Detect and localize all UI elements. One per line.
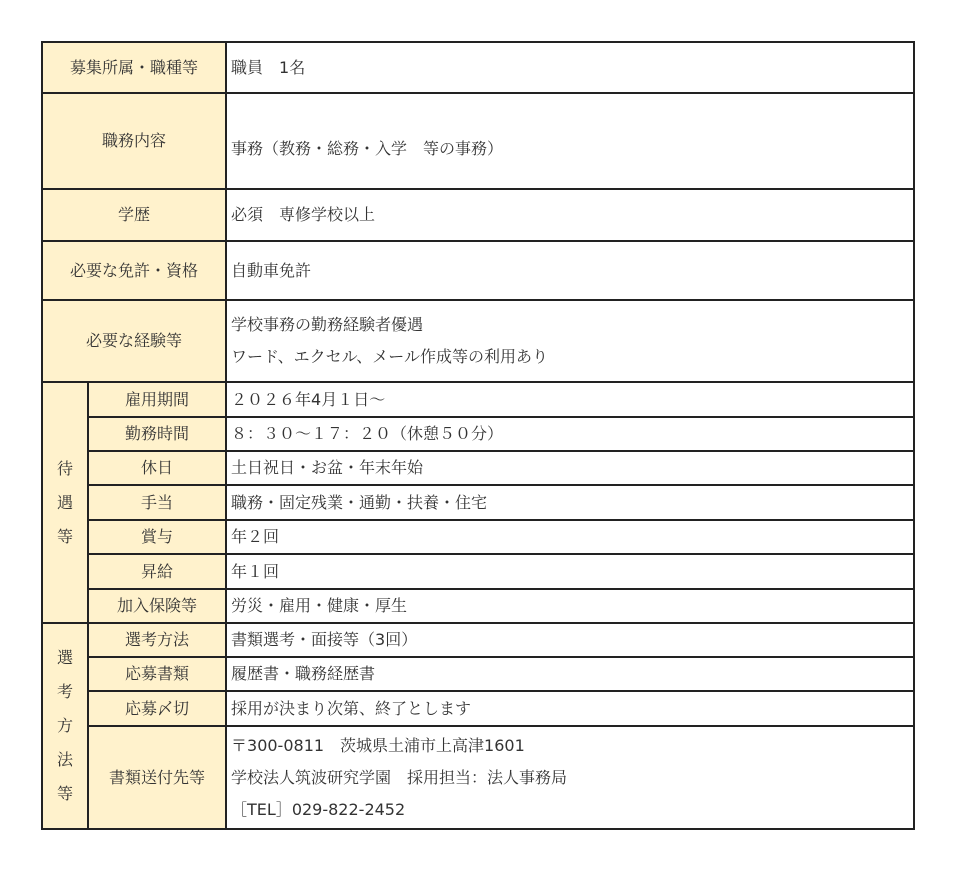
value-application-deadline: 採用が決まり次第、終了とします bbox=[226, 691, 914, 726]
group-selection-char: 法 bbox=[57, 743, 73, 777]
label-raise: 昇給 bbox=[88, 554, 226, 589]
value-insurance: 労災・雇用・健康・厚生 bbox=[226, 589, 914, 623]
label-experience: 必要な経験等 bbox=[42, 300, 226, 382]
group-selection: 選 考 方 法 等 bbox=[42, 623, 88, 829]
value-education: 必須 専修学校以上 bbox=[226, 189, 914, 241]
value-position: 職員 1名 bbox=[226, 42, 914, 93]
group-selection-char: 等 bbox=[57, 777, 73, 811]
row-treatment-3: 手当 職務・固定残業・通勤・扶養・住宅 bbox=[42, 485, 914, 520]
row-selection-1: 応募書類 履歴書・職務経歴書 bbox=[42, 657, 914, 691]
address-line-3: ［TEL］029-822-2452 bbox=[231, 794, 909, 826]
row-duties: 職務内容 事務（教務・総務・入学 等の事務） bbox=[42, 93, 914, 189]
address-line-1: 〒300-0811 茨城県土浦市上高津1601 bbox=[231, 730, 909, 762]
group-treatment-char: 等 bbox=[57, 520, 73, 554]
label-allowances: 手当 bbox=[88, 485, 226, 520]
row-treatment-1: 勤務時間 ８：３０～１７：２０（休憩５０分） bbox=[42, 417, 914, 451]
experience-line-2: ワード、エクセル、メール作成等の利用あり bbox=[231, 341, 909, 373]
row-experience: 必要な経験等 学校事務の勤務経験者優遇 ワード、エクセル、メール作成等の利用あり bbox=[42, 300, 914, 382]
row-treatment-4: 賞与 年２回 bbox=[42, 520, 914, 554]
label-position: 募集所属・職種等 bbox=[42, 42, 226, 93]
group-selection-char: 方 bbox=[57, 709, 73, 743]
value-allowances: 職務・固定残業・通勤・扶養・住宅 bbox=[226, 485, 914, 520]
row-selection-0: 選 考 方 法 等 選考方法 書類選考・面接等（3回） bbox=[42, 623, 914, 657]
row-selection-2: 応募〆切 採用が決まり次第、終了とします bbox=[42, 691, 914, 726]
value-holidays: 土日祝日・お盆・年末年始 bbox=[226, 451, 914, 485]
experience-line-1: 学校事務の勤務経験者優遇 bbox=[231, 309, 909, 341]
value-raise: 年１回 bbox=[226, 554, 914, 589]
label-employment-period: 雇用期間 bbox=[88, 382, 226, 417]
row-treatment-0: 待 遇 等 雇用期間 ２０２６年4月１日～ bbox=[42, 382, 914, 417]
value-application-documents: 履歴書・職務経歴書 bbox=[226, 657, 914, 691]
label-duties: 職務内容 bbox=[42, 93, 226, 189]
label-application-documents: 応募書類 bbox=[88, 657, 226, 691]
row-position: 募集所属・職種等 職員 1名 bbox=[42, 42, 914, 93]
row-selection-address: 書類送付先等 〒300-0811 茨城県土浦市上高津1601 学校法人筑波研究学… bbox=[42, 726, 914, 829]
value-duties: 事務（教務・総務・入学 等の事務） bbox=[226, 93, 914, 189]
row-treatment-5: 昇給 年１回 bbox=[42, 554, 914, 589]
label-education: 学歴 bbox=[42, 189, 226, 241]
label-license: 必要な免許・資格 bbox=[42, 241, 226, 300]
value-bonus: 年２回 bbox=[226, 520, 914, 554]
group-selection-char: 選 bbox=[57, 641, 73, 675]
label-working-hours: 勤務時間 bbox=[88, 417, 226, 451]
row-treatment-2: 休日 土日祝日・お盆・年末年始 bbox=[42, 451, 914, 485]
group-treatment: 待 遇 等 bbox=[42, 382, 88, 623]
value-license: 自動車免許 bbox=[226, 241, 914, 300]
value-send-to: 〒300-0811 茨城県土浦市上高津1601 学校法人筑波研究学園 採用担当：… bbox=[226, 726, 914, 829]
row-education: 学歴 必須 専修学校以上 bbox=[42, 189, 914, 241]
label-insurance: 加入保険等 bbox=[88, 589, 226, 623]
value-selection-method: 書類選考・面接等（3回） bbox=[226, 623, 914, 657]
row-license: 必要な免許・資格 自動車免許 bbox=[42, 241, 914, 300]
value-experience: 学校事務の勤務経験者優遇 ワード、エクセル、メール作成等の利用あり bbox=[226, 300, 914, 382]
value-employment-period: ２０２６年4月１日～ bbox=[226, 382, 914, 417]
group-selection-char: 考 bbox=[57, 675, 73, 709]
row-treatment-6: 加入保険等 労災・雇用・健康・厚生 bbox=[42, 589, 914, 623]
label-bonus: 賞与 bbox=[88, 520, 226, 554]
group-treatment-char: 遇 bbox=[57, 486, 73, 520]
recruitment-table: 募集所属・職種等 職員 1名 職務内容 事務（教務・総務・入学 等の事務） 学歴… bbox=[41, 41, 915, 830]
label-selection-method: 選考方法 bbox=[88, 623, 226, 657]
address-line-2: 学校法人筑波研究学園 採用担当：法人事務局 bbox=[231, 762, 909, 794]
label-application-deadline: 応募〆切 bbox=[88, 691, 226, 726]
label-send-to: 書類送付先等 bbox=[88, 726, 226, 829]
group-treatment-char: 待 bbox=[57, 452, 73, 486]
value-working-hours: ８：３０～１７：２０（休憩５０分） bbox=[226, 417, 914, 451]
label-holidays: 休日 bbox=[88, 451, 226, 485]
